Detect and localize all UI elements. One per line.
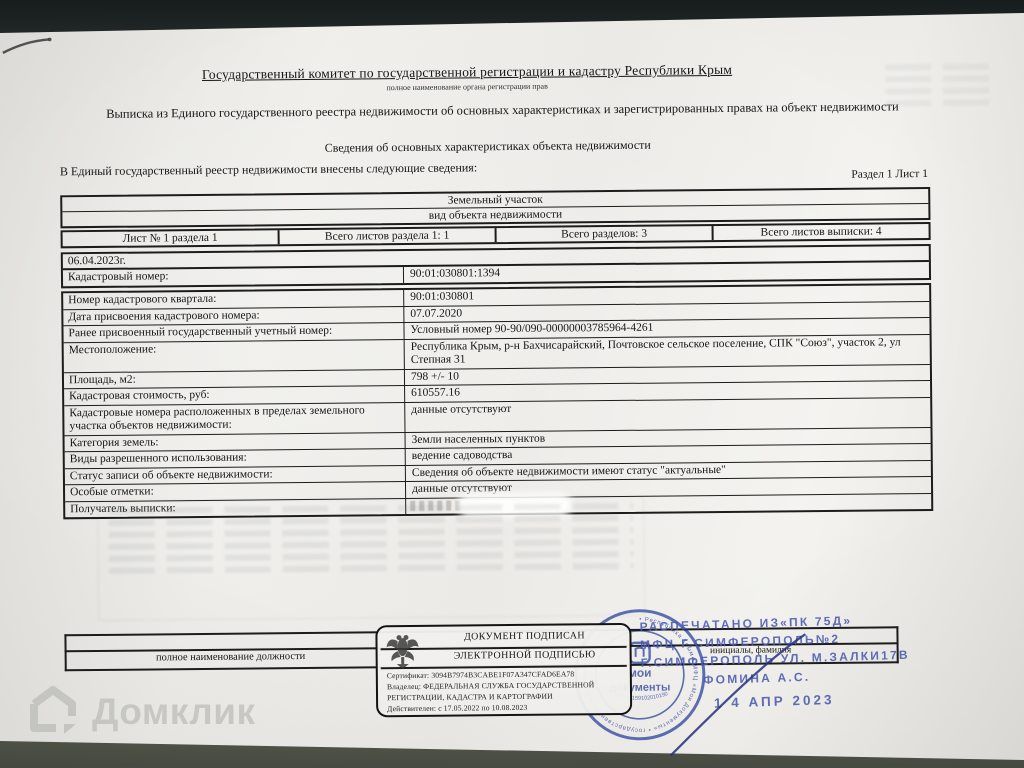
domklik-logo-icon: [26, 682, 80, 741]
esign-certificate: Сертификат: 3094B7974B3CABE1F07A347CFAD6…: [387, 669, 626, 680]
row-label: Получатель выписки:: [65, 499, 406, 518]
details-table: Номер кадастрового квартала: 90:01:03080…: [61, 283, 933, 519]
document-title: Выписка из Единого государственного реес…: [37, 99, 967, 123]
row-label: Местоположение:: [64, 340, 405, 372]
pen-signature-stroke: [657, 622, 818, 764]
sheet-info-cell: Всего листов выписки: 4: [712, 224, 929, 240]
watermark-brand: Домклик: [92, 691, 256, 733]
sheet-info-cell: Лист № 1 раздела 1: [63, 230, 278, 246]
row-value: Республика Крым, р-н Бахчисарайский, Поч…: [405, 334, 930, 368]
esign-title-line2: ЭЛЕКТРОННОЙ ПОДПИСЬЮ: [426, 649, 624, 662]
row-label: Виды разрешенного использования:: [65, 449, 406, 468]
row-label: Кадастровые номера расположенных в преде…: [64, 403, 405, 435]
esign-owner-line2: РЕГИСТРАЦИИ, КАДАСТРА И КАРТОГРАФИИ: [387, 691, 626, 702]
row-label: Номер кадастрового квартала:: [63, 290, 404, 309]
esign-title-line1: ДОКУМЕНТ ПОДПИСАН: [425, 630, 623, 643]
row-label: Категория земель:: [65, 433, 406, 452]
row-value: данные отсутствуют: [405, 397, 930, 431]
watermark: Домклик: [26, 682, 256, 741]
section-title: Сведения об основных характеристиках объ…: [38, 135, 938, 159]
intro-line: В Единый государственный реестр недвижим…: [60, 160, 477, 179]
cadastral-table: 06.04.2023г. Кадастровый номер: 90:01:03…: [61, 244, 931, 288]
row-label: Ранее присвоенный государственный учетны…: [63, 323, 404, 342]
esign-box: ДОКУМЕНТ ПОДПИСАН ЭЛЕКТРОННОЙ ПОДПИСЬЮ С…: [375, 623, 632, 717]
eagle-emblem-icon: [384, 631, 420, 674]
row-label: Статус записи об объекте недвижимости:: [65, 466, 406, 485]
object-type-table: Земельный участок вид объекта недвижимос…: [60, 187, 930, 228]
row-label: Площадь, м2:: [64, 370, 405, 389]
section-page-label: Раздел 1 Лист 1: [678, 168, 928, 182]
row-label: Особые отметки:: [65, 482, 406, 501]
row-label: Дата присвоения кадастрового номера:: [63, 307, 404, 326]
esign-owner-line1: Владелец: ФЕДЕРАЛЬНАЯ СЛУЖБА ГОСУДАРСТВЕ…: [387, 680, 626, 691]
row-label: Кадастровая стоимость, руб:: [64, 386, 405, 405]
pen-mark-corner: [0, 32, 59, 59]
sheet-info-cell: Всего разделов: 3: [495, 226, 712, 242]
redaction-blur: [462, 497, 567, 512]
esign-validity: Действителен: с 17.05.2022 по 10.08.2023: [387, 702, 626, 713]
position-caption: полное наименование должности: [65, 650, 397, 664]
document-content: Государственный комитет по государственн…: [0, 0, 1024, 768]
photo-scene: Государственный комитет по государственн…: [0, 0, 1024, 768]
sheet-info-cell: Всего листов раздела 1: 1: [278, 228, 495, 244]
row-label: Кадастровый номер:: [63, 267, 404, 286]
